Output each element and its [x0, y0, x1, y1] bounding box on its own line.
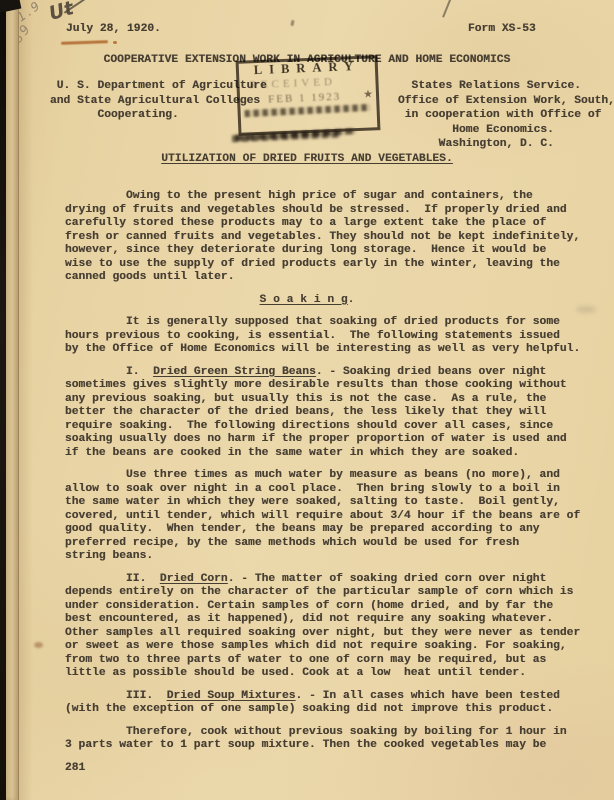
- pencil-stroke-icon: [442, 0, 452, 18]
- document-date: July 28, 1920.: [66, 22, 161, 37]
- paragraph-soup-directions: Therefore, cook without previous soaking…: [65, 726, 614, 753]
- issuing-agency-left-block: U. S. Department of Agriculture and Stat…: [50, 79, 267, 123]
- section-2-text: . - The matter of soaking dried corn ove…: [65, 573, 580, 680]
- section-3-heading: Dried Soup Mixtures: [167, 690, 296, 702]
- paragraph-intro: Owing to the present high price of sugar…: [65, 190, 614, 285]
- ink-speck-icon: [290, 20, 294, 26]
- section-2-heading: Dried Corn: [160, 573, 228, 585]
- section-1-text: . - Soaking dried beans over night somet…: [65, 366, 567, 459]
- crayon-underline-mark: [61, 40, 108, 45]
- stamp-received-text: RECEIVED: [249, 76, 336, 91]
- section-heading-soaking: S o a k i n g.: [0, 294, 614, 308]
- scanned-document-page: 1.9 Ex89 Ut July 28, 1920. Form XS-53 CO…: [0, 0, 614, 800]
- stamp-library-text: LIBRARY: [239, 58, 375, 78]
- paragraph-soaking-intro: It is generally supposed that soaking of…: [65, 316, 614, 357]
- soaking-heading-text: S o a k i n g: [260, 294, 348, 306]
- library-received-stamp: LIBRARY RECEIVED FEB 1 1923 ★: [236, 55, 381, 136]
- stamp-date-text: FEB 1 1923: [268, 91, 342, 106]
- document-title-text: UTILIZATION OF DRIED FRUITS AND VEGETABL…: [161, 153, 453, 165]
- scan-edge-black: [0, 0, 6, 800]
- section-1-dried-green-string-beans: I. Dried Green String Beans. - Soaking d…: [65, 366, 614, 461]
- stamp-star-icon: ★: [363, 87, 373, 100]
- page-curve-shading: [19, 0, 33, 800]
- document-body: UTILIZATION OF DRIED FRUITS AND VEGETABL…: [0, 152, 614, 784]
- section-3-dried-soup-mixtures: III. Dried Soup Mixtures. - In all cases…: [65, 690, 614, 717]
- paragraph-bean-directions: Use three times as much water by measure…: [65, 469, 614, 564]
- crayon-dot-mark: [113, 41, 117, 44]
- stamp-smudge-row: [245, 104, 371, 117]
- section-1-number: I.: [65, 366, 153, 378]
- section-3-number: III.: [65, 690, 167, 702]
- form-number: Form XS-53: [468, 22, 536, 37]
- document-title: UTILIZATION OF DRIED FRUITS AND VEGETABL…: [0, 152, 614, 166]
- soaking-heading-period: .: [348, 294, 355, 306]
- page-number: 281: [65, 762, 614, 776]
- page-edge-strip: [6, 0, 19, 800]
- issuing-agency-right-block: States Relations Service. Office of Exte…: [398, 79, 614, 152]
- section-1-heading: Dried Green String Beans: [153, 366, 316, 378]
- section-2-number: II.: [65, 573, 160, 585]
- section-2-dried-corn: II. Dried Corn. - The matter of soaking …: [65, 573, 614, 681]
